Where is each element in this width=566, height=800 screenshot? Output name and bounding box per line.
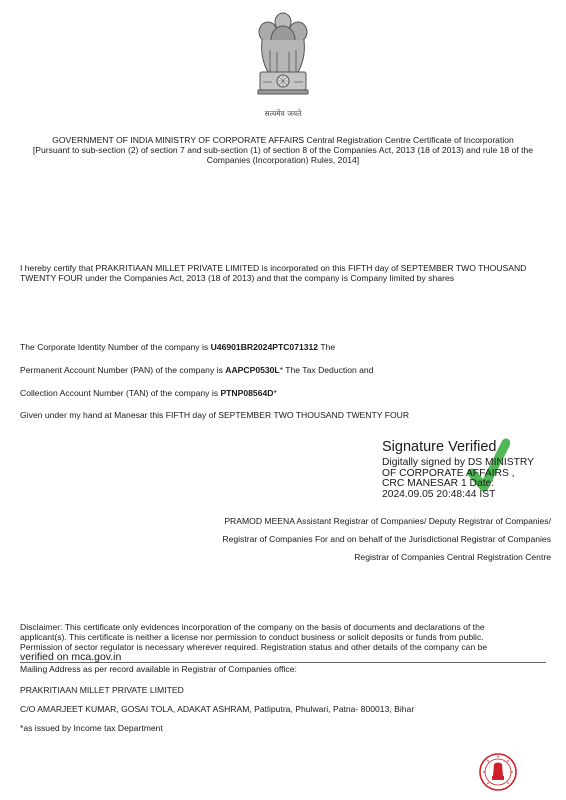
tan-value: PTNP08564D — [220, 388, 273, 398]
footnote: *as issued by Income tax Department — [20, 723, 550, 733]
mca-seal-icon — [478, 752, 518, 792]
signature-details: Digitally signed by DS MINISTRY OF CORPO… — [382, 458, 566, 500]
mailing-company: PRAKRITIAAN MILLET PRIVATE LIMITED — [20, 685, 550, 695]
header-subtitle: [Pursuant to sub-section (2) of section … — [20, 145, 546, 165]
digital-signature: Signature Verified Digitally signed by D… — [382, 439, 566, 500]
cin-line: The Corporate Identity Number of the com… — [20, 342, 550, 352]
tan-line: Collection Account Number (TAN) of the c… — [20, 388, 550, 398]
cin-value: U46901BR2024PTC071312 — [211, 342, 319, 352]
mailing-label: Mailing Address as per record available … — [20, 664, 550, 674]
divider — [20, 662, 546, 663]
registrar-line-1: PRAMOD MEENA Assistant Registrar of Comp… — [224, 516, 551, 526]
given-under-text: Given under my hand at Manesar this FIFT… — [20, 410, 550, 420]
mailing-address: C/O AMARJEET KUMAR, GOSAI TOLA, ADAKAT A… — [20, 704, 550, 714]
registrar-line-3: Registrar of Companies Central Registrat… — [354, 552, 551, 562]
national-emblem-icon — [246, 10, 320, 102]
disclaimer: Disclaimer: This certificate only eviden… — [20, 622, 550, 662]
emblem-motto: सत्यमेव जयते — [246, 109, 320, 119]
signature-title: Signature Verified — [382, 439, 566, 455]
header-title: GOVERNMENT OF INDIA MINISTRY OF CORPORAT… — [20, 135, 546, 145]
national-emblem: सत्यमेव जयते — [246, 10, 320, 116]
certificate-header: GOVERNMENT OF INDIA MINISTRY OF CORPORAT… — [20, 135, 546, 165]
mca-seal — [478, 752, 518, 792]
registrar-line-2: Registrar of Companies For and on behalf… — [222, 534, 551, 544]
certification-text: I hereby certify that PRAKRITIAAN MILLET… — [20, 263, 550, 283]
pan-value: AAPCP0530L — [225, 365, 279, 375]
pan-line: Permanent Account Number (PAN) of the co… — [20, 365, 550, 375]
